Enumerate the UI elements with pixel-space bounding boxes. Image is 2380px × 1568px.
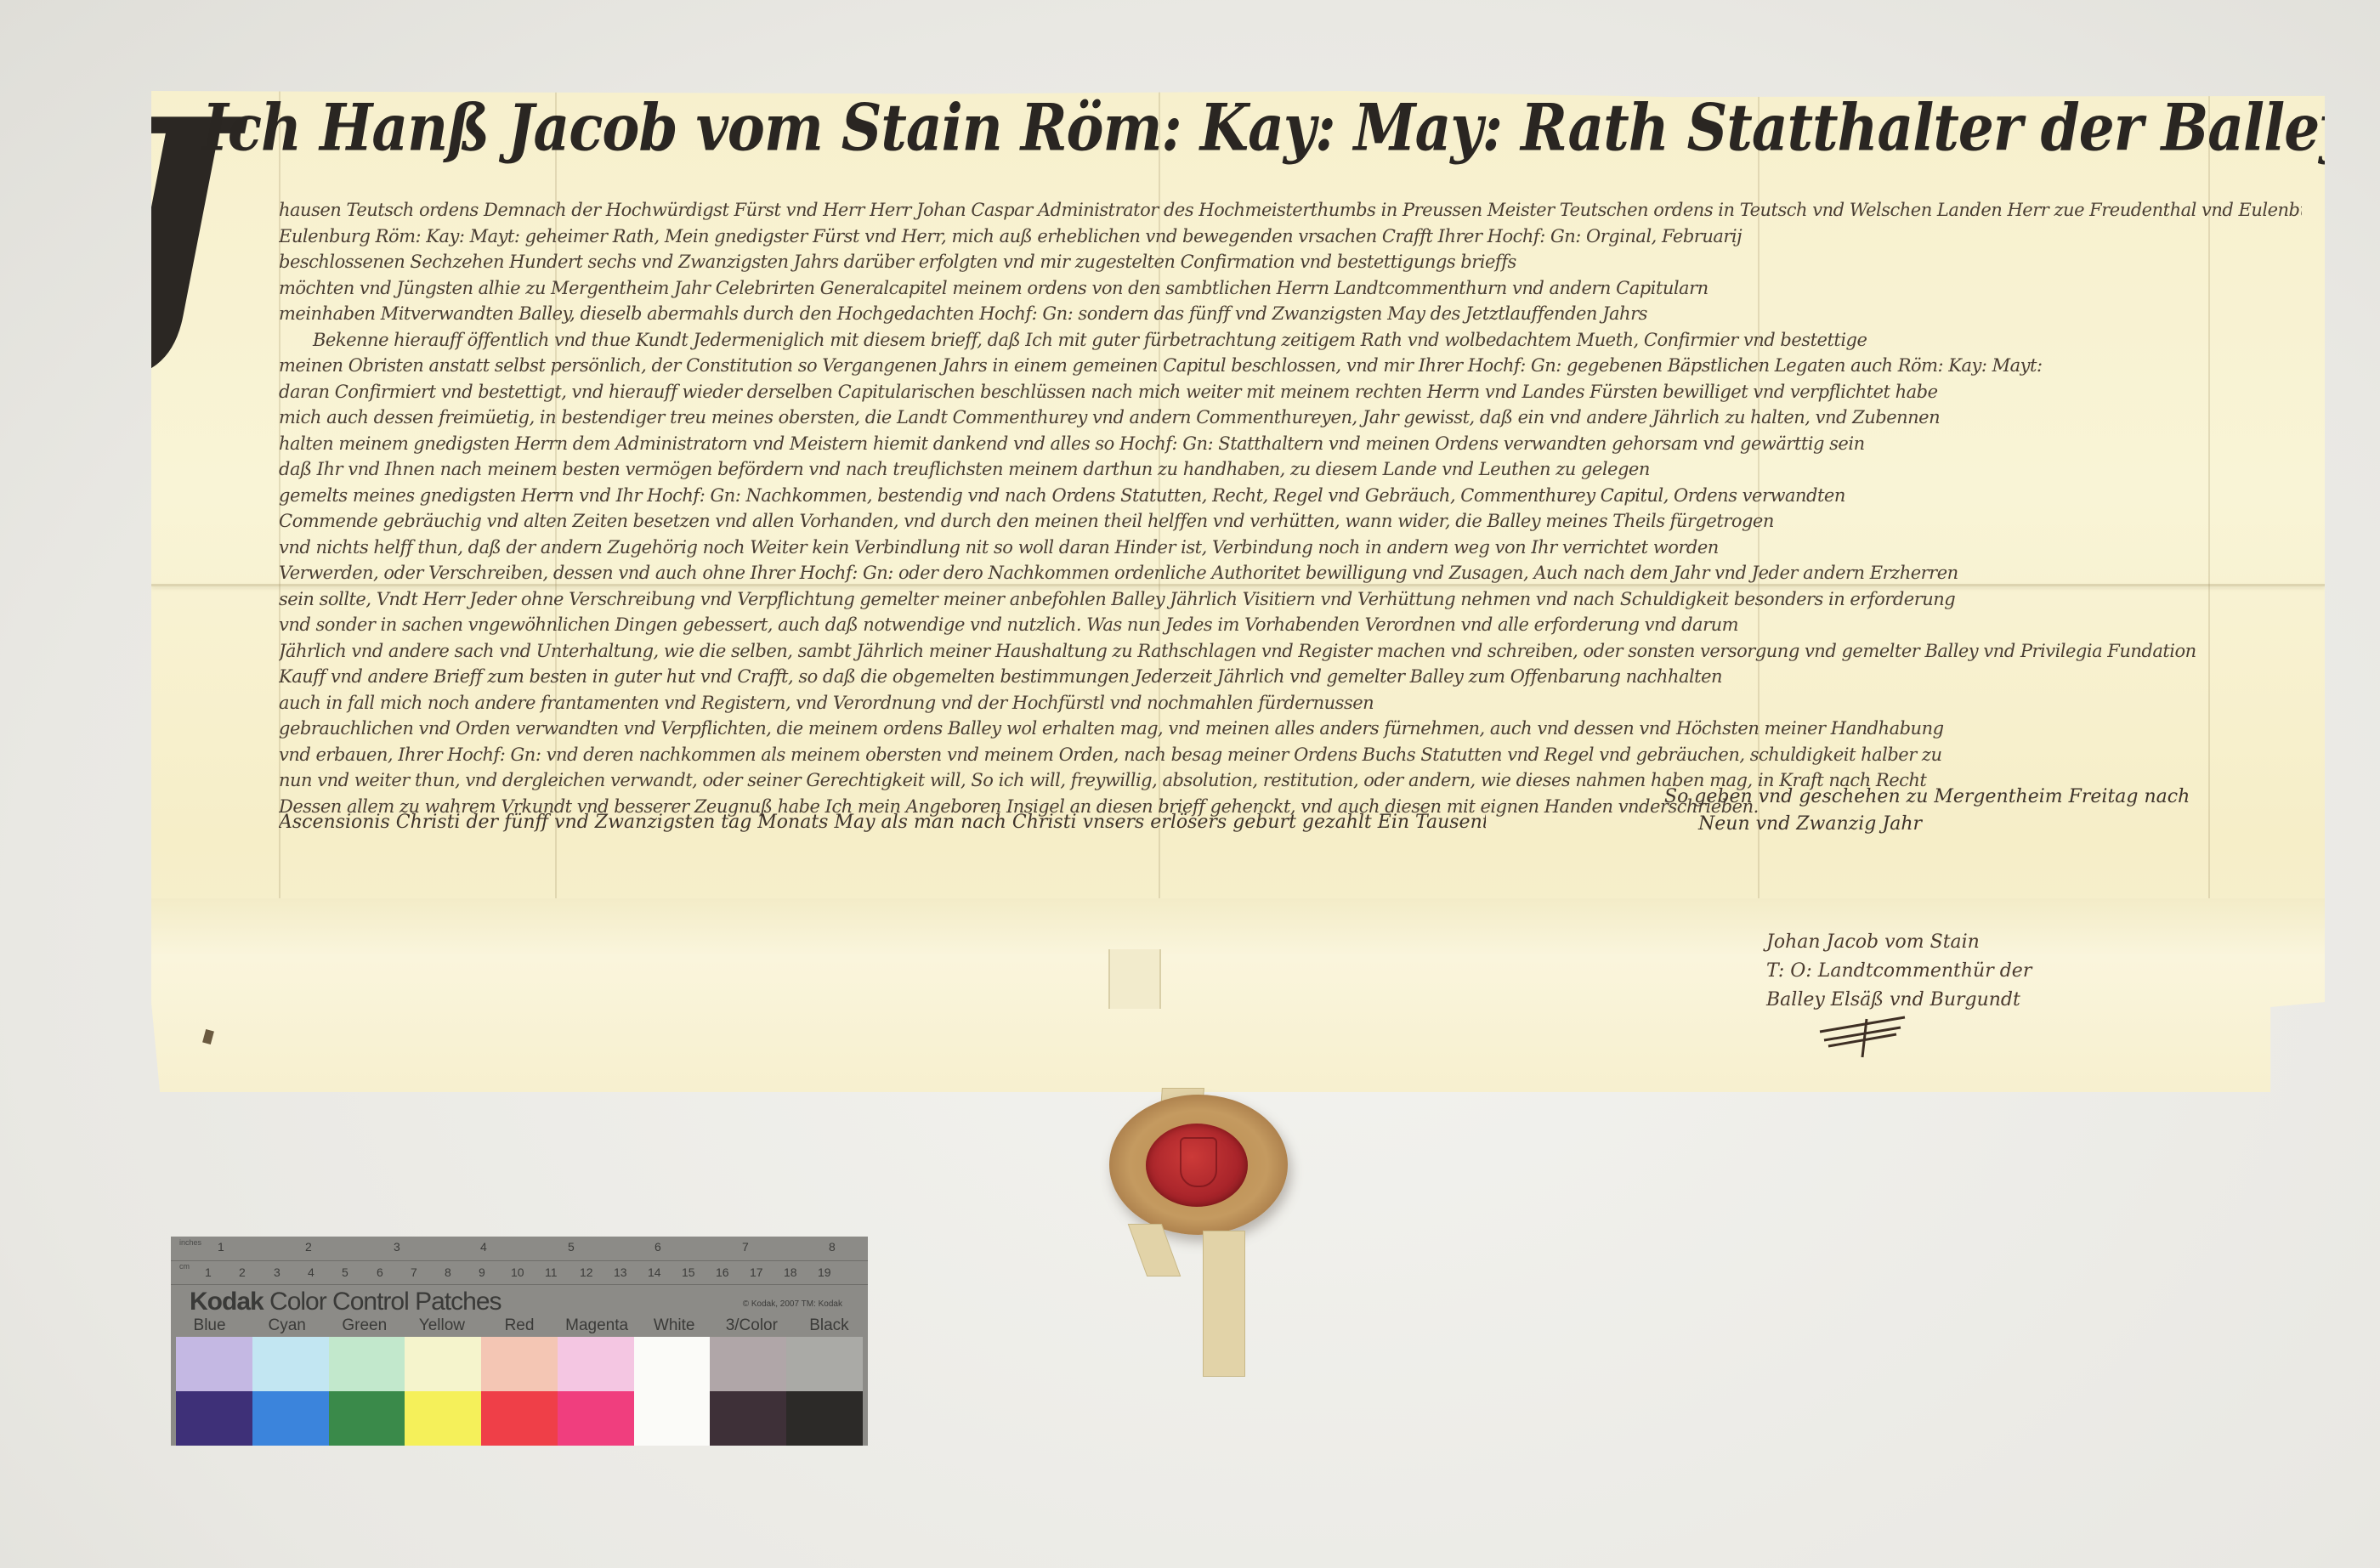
- text-line: Verwerden, oder Verschreiben, dessen vnd…: [279, 560, 2302, 586]
- text-line: vnd sonder in sachen vngewöhnlichen Ding…: [279, 612, 2302, 638]
- text-line: Eulenburg Röm: Kay: Mayt: geheimer Rath,…: [279, 224, 2302, 250]
- charter-body-text: hausen Teutsch ordens Demnach der Hochwü…: [279, 197, 2302, 819]
- patch-dark: [329, 1391, 405, 1446]
- patch-dark: [634, 1391, 711, 1446]
- cm-tick-label: 14: [648, 1265, 661, 1279]
- inch-tick-label: 4: [480, 1240, 487, 1254]
- kodak-logo: Kodak Color Control Patches: [190, 1288, 501, 1316]
- patch-label-3color: 3/Color: [713, 1316, 790, 1335]
- text-line: gebrauchlichen vnd Orden verwandten vnd …: [279, 716, 2302, 742]
- cm-tick-label: 15: [682, 1265, 695, 1279]
- charter-title-line: Ich Hanß Jacob vom Stain Röm: Kay: May: …: [202, 89, 2380, 166]
- cm-tick-label: 16: [716, 1265, 729, 1279]
- inch-tick-label: 2: [305, 1240, 312, 1254]
- patch-label-magenta: Magenta: [558, 1316, 636, 1335]
- patch-column-blue: [176, 1337, 252, 1446]
- patch-column-cyan: [252, 1337, 329, 1446]
- patch-label-white: White: [636, 1316, 713, 1335]
- cm-tick-label: 2: [239, 1265, 246, 1279]
- inch-tick-label: 6: [654, 1240, 661, 1254]
- patch-dark: [786, 1391, 863, 1446]
- patch-dark: [558, 1391, 634, 1446]
- text-line: Bekenne hierauff öffentlich vnd thue Kun…: [279, 327, 2302, 354]
- text-line: Jährlich vnd andere sach vnd Unterhaltun…: [279, 638, 2302, 665]
- ruler-inches-label: inches: [179, 1238, 201, 1247]
- cm-tick-label: 4: [308, 1265, 314, 1279]
- text-line: halten meinem gnedigsten Herrn dem Admin…: [279, 431, 2302, 457]
- patch-light: [710, 1337, 786, 1391]
- cm-tick-label: 8: [445, 1265, 451, 1279]
- inch-tick-label: 7: [742, 1240, 749, 1254]
- patch-label-green: Green: [326, 1316, 403, 1335]
- cm-tick-label: 18: [784, 1265, 797, 1279]
- patch-column-white: [634, 1337, 711, 1446]
- cm-tick-label: 12: [580, 1265, 593, 1279]
- cm-tick-label: 11: [545, 1265, 558, 1279]
- text-line: möchten vnd Jüngsten alhie zu Mergenthei…: [279, 275, 2302, 302]
- text-line: Commende gebräuchig vnd alten Zeiten bes…: [279, 508, 2302, 535]
- text-line: sein sollte, Vndt Herr Jeder ohne Versch…: [279, 586, 2302, 613]
- text-line: meinhaben Mitverwandten Balley, dieselb …: [279, 301, 2302, 327]
- patch-column-yellow: [405, 1337, 481, 1446]
- cm-tick-label: 1: [205, 1265, 212, 1279]
- patch-column-red: [481, 1337, 558, 1446]
- dating-clause-place: So geben vnd geschehen zu Mergentheim Fr…: [1664, 786, 2190, 807]
- text-line: vnd erbauen, Ihrer Hochf: Gn: vnd deren …: [279, 742, 2302, 768]
- signature-line: T: O: Landtcommenthür der: [1766, 957, 2089, 986]
- patch-column-3color: [710, 1337, 786, 1446]
- patch-light: [252, 1337, 329, 1391]
- ruler-divider: [171, 1260, 868, 1261]
- inch-tick-label: 1: [218, 1240, 224, 1254]
- ruler-scale: inches cm 1 2 3 4 5 6 7 8 1 2 3 4 5 6 7 …: [171, 1237, 868, 1285]
- dating-clause-year: Neun vnd Zwanzig Jahr: [1698, 813, 1922, 835]
- patch-labels: Blue Cyan Green Yellow Red Magenta White…: [171, 1316, 868, 1335]
- cm-tick-label: 13: [614, 1265, 627, 1279]
- cm-tick-label: 10: [511, 1265, 524, 1279]
- patch-label-red: Red: [480, 1316, 558, 1335]
- copyright-notice: © Kodak, 2007 TM: Kodak: [743, 1299, 842, 1309]
- seal-coat-of-arms-icon: [1180, 1137, 1217, 1187]
- patch-dark: [405, 1391, 481, 1446]
- text-line: beschlossenen Sechzehen Hundert sechs vn…: [279, 249, 2302, 275]
- cm-tick-label: 19: [818, 1265, 831, 1279]
- patch-column-black: [786, 1337, 863, 1446]
- seal-strip-lower: [1203, 1231, 1245, 1377]
- inch-tick-label: 5: [568, 1240, 575, 1254]
- patch-dark: [252, 1391, 329, 1446]
- patch-label-blue: Blue: [171, 1316, 248, 1335]
- text-line: hausen Teutsch ordens Demnach der Hochwü…: [279, 197, 2302, 224]
- text-line: daß Ihr vnd Ihnen nach meinem besten ver…: [279, 456, 2302, 483]
- text-line: mich auch dessen freimüetig, in bestendi…: [279, 405, 2302, 431]
- patch-light: [176, 1337, 252, 1391]
- patch-dark: [481, 1391, 558, 1446]
- dating-clause: Ascensionis Christi der fünff vnd Zwanzi…: [279, 812, 1486, 833]
- patch-light: [329, 1337, 405, 1391]
- text-line: vnd nichts helff thun, daß der andern Zu…: [279, 535, 2302, 561]
- patch-light: [634, 1337, 711, 1391]
- text-line: daran Confirmiert vnd bestettigt, vnd hi…: [279, 379, 2302, 405]
- patch-label-cyan: Cyan: [248, 1316, 326, 1335]
- text-line: auch in fall mich noch andere frantament…: [279, 690, 2302, 716]
- text-line: Kauff vnd andere Brieff zum besten in gu…: [279, 664, 2302, 690]
- color-patches: [176, 1337, 863, 1446]
- paraph-flourish-icon: [1816, 1010, 1909, 1061]
- patch-dark: [710, 1391, 786, 1446]
- signature-line: Johan Jacob vom Stain: [1766, 928, 2089, 957]
- cm-tick-label: 5: [342, 1265, 348, 1279]
- cm-tick-label: 7: [411, 1265, 417, 1279]
- inch-tick-label: 8: [829, 1240, 836, 1254]
- parchment-charter: J Ich Hanß Jacob vom Stain Röm: Kay: May…: [151, 91, 2325, 1092]
- patch-label-yellow: Yellow: [403, 1316, 480, 1335]
- patch-column-magenta: [558, 1337, 634, 1446]
- seal-strip-slot: [1108, 949, 1161, 1009]
- patch-dark: [176, 1391, 252, 1446]
- cm-tick-label: 6: [377, 1265, 383, 1279]
- patch-column-green: [329, 1337, 405, 1446]
- signature-line: Balley Elsäß vnd Burgundt: [1766, 986, 2089, 1015]
- text-line: gemelts meines gnedigsten Herrn vnd Ihr …: [279, 483, 2302, 509]
- patch-label-black: Black: [790, 1316, 868, 1335]
- text-line: meinen Obristen anstatt selbst persönlic…: [279, 353, 2302, 379]
- patch-light: [481, 1337, 558, 1391]
- patch-light: [405, 1337, 481, 1391]
- product-name: Color Control Patches: [269, 1288, 501, 1316]
- autograph-signature: Johan Jacob vom Stain T: O: Landtcomment…: [1766, 928, 2089, 1015]
- kodak-color-target: inches cm 1 2 3 4 5 6 7 8 1 2 3 4 5 6 7 …: [171, 1237, 868, 1446]
- ruler-cm-label: cm: [179, 1262, 190, 1271]
- brand-name: Kodak: [190, 1288, 263, 1316]
- cm-tick-label: 3: [274, 1265, 280, 1279]
- cm-tick-label: 17: [750, 1265, 763, 1279]
- inch-tick-label: 3: [394, 1240, 400, 1254]
- cm-tick-label: 9: [479, 1265, 485, 1279]
- patch-light: [558, 1337, 634, 1391]
- patch-light: [786, 1337, 863, 1391]
